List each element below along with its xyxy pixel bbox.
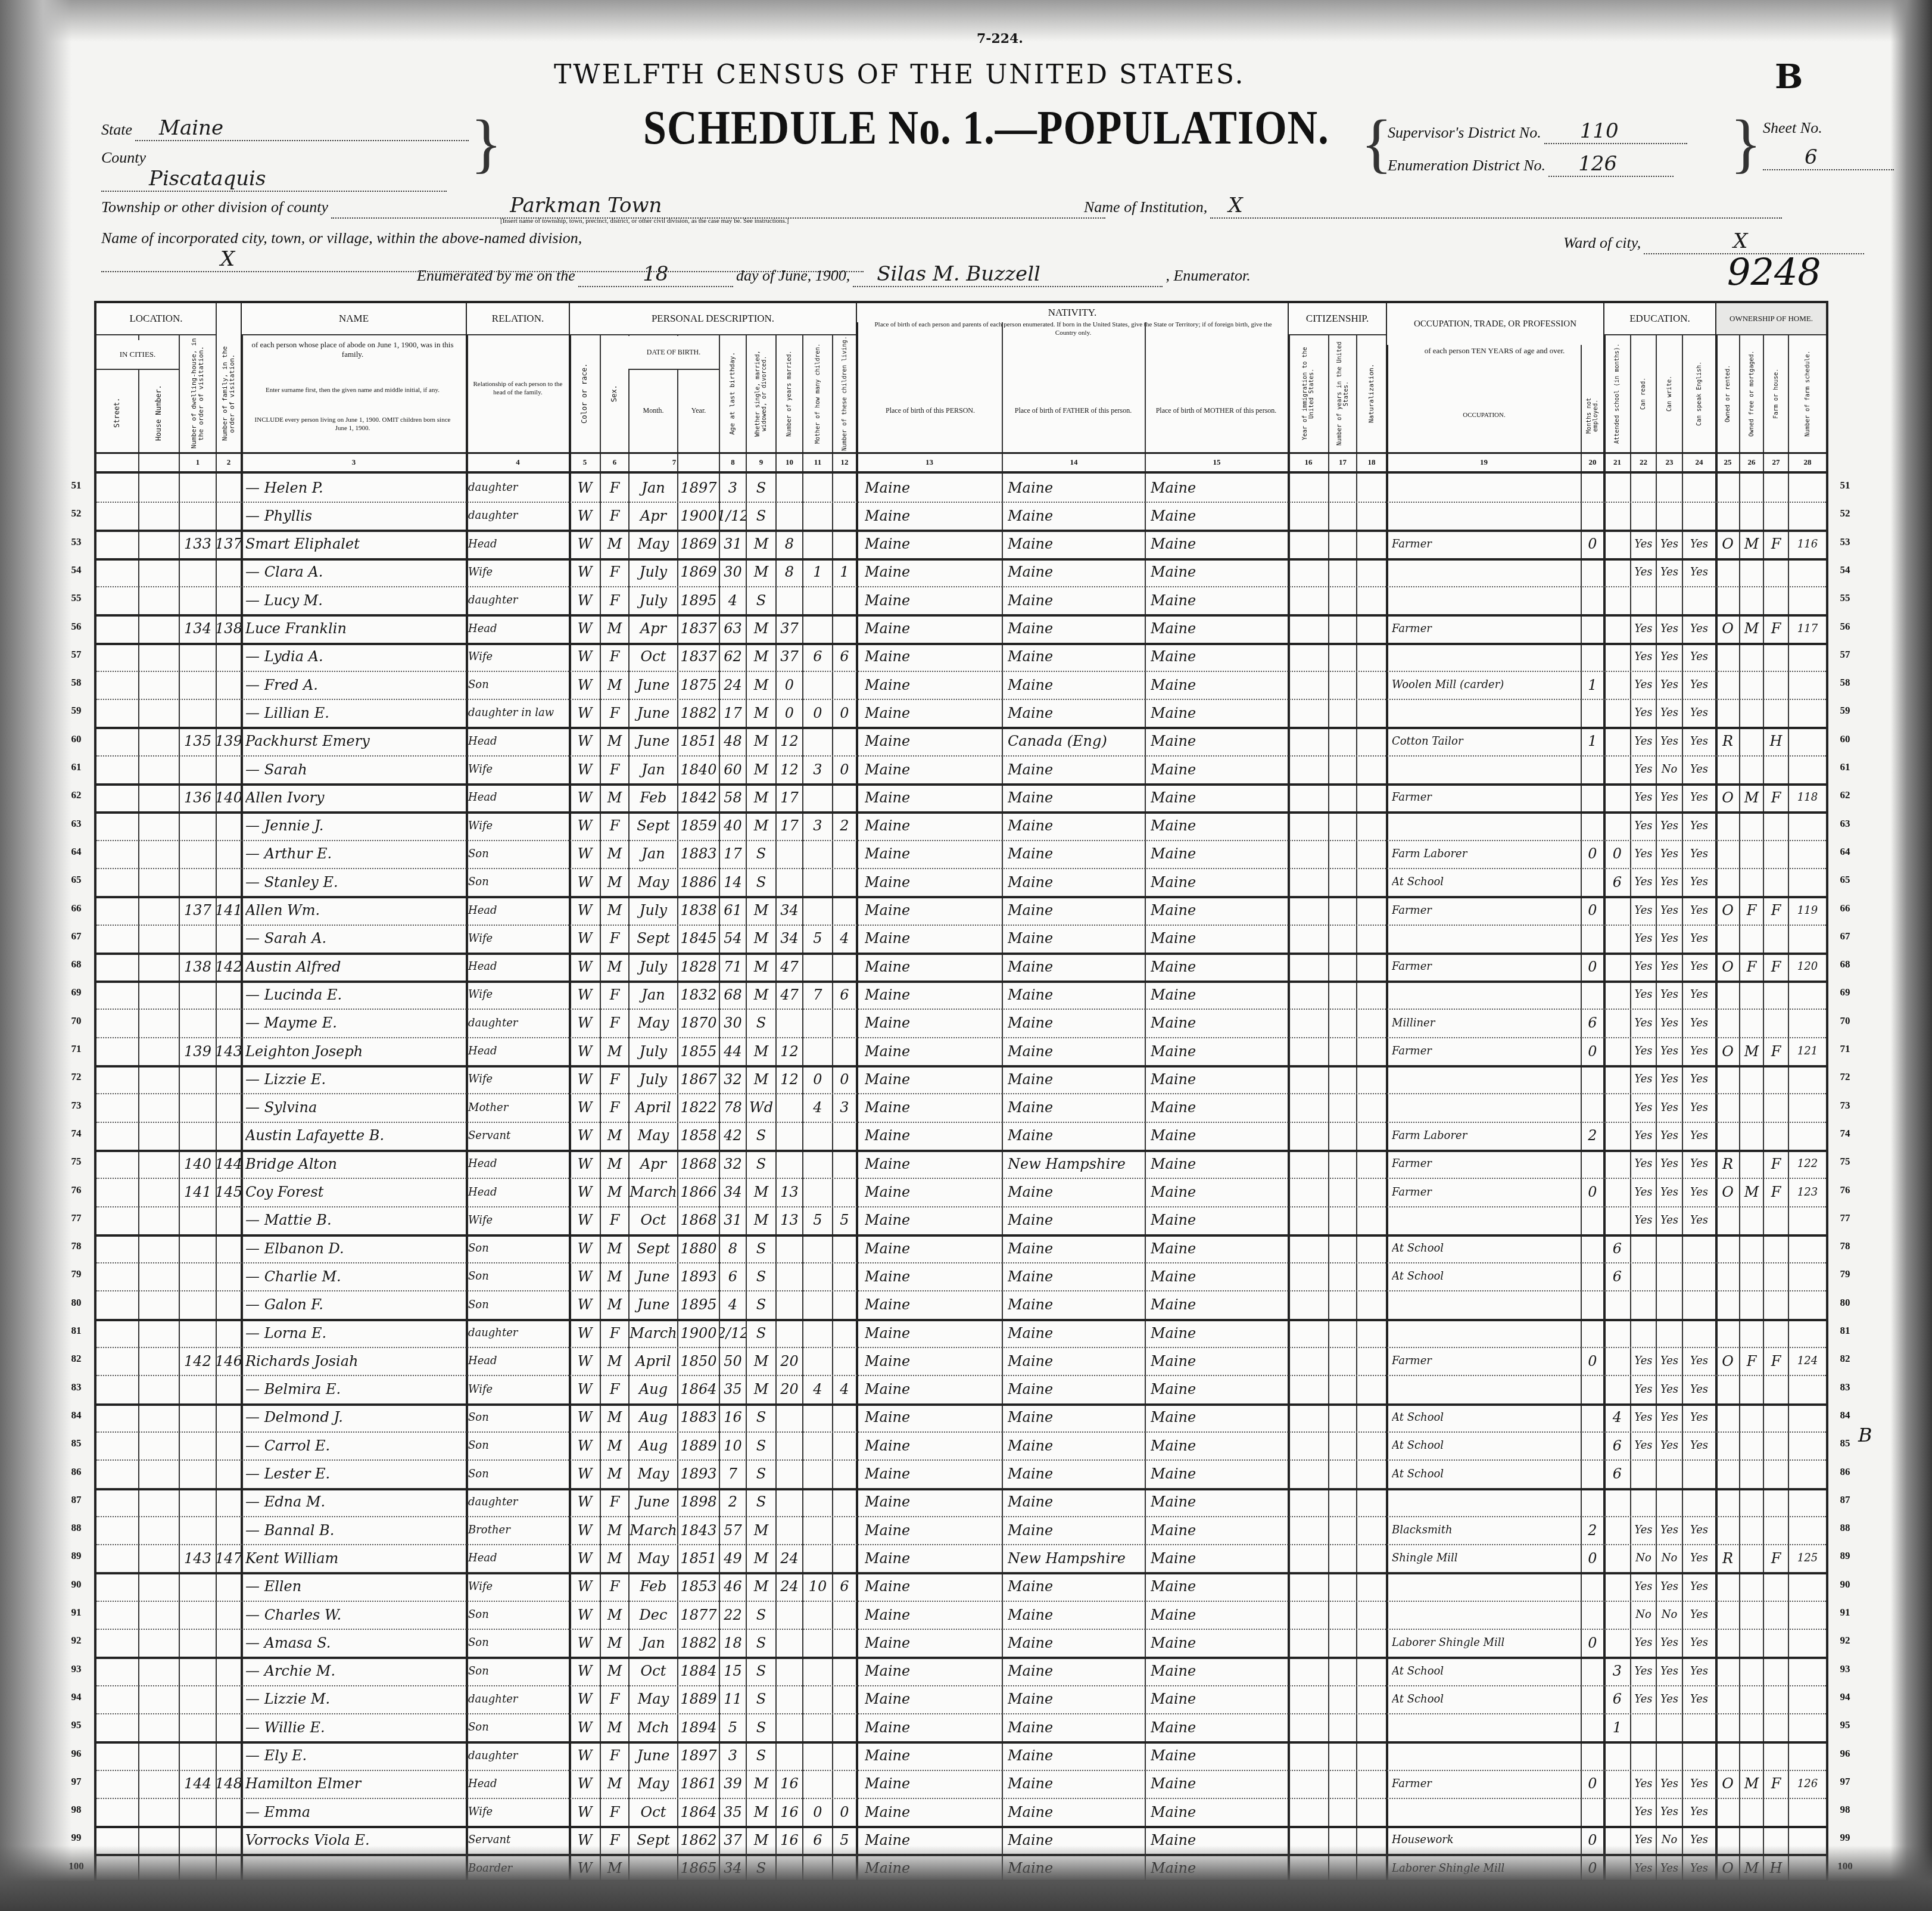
cell-mo — [803, 1544, 832, 1572]
cell-dw — [180, 755, 216, 783]
cell-cl — [833, 1657, 856, 1685]
cell-mo — [803, 1460, 832, 1488]
line-number-right: 90 — [1833, 1579, 1857, 1591]
cell-mar: M — [747, 812, 775, 840]
cell-month: March — [630, 1516, 677, 1544]
cell-name: — Sylvina — [245, 1094, 466, 1122]
cell-ym — [777, 1291, 802, 1319]
cell-bm: Maine — [1151, 643, 1288, 671]
cell-name: Austin Alfred — [245, 953, 466, 981]
cell-farm — [1764, 1798, 1788, 1826]
cell-eng: Yes — [1683, 1403, 1715, 1431]
cell-bf: Maine — [1008, 812, 1145, 840]
col-year: Year. — [678, 370, 719, 451]
cell-rel: daughter — [468, 1685, 569, 1713]
cell-bm: Maine — [1151, 671, 1288, 699]
line-number-right: 67 — [1833, 930, 1857, 942]
cell-ym: 20 — [777, 1375, 802, 1403]
line-number-left: 90 — [64, 1579, 88, 1591]
cell-own — [1716, 1460, 1739, 1488]
cell-name: — Arthur E. — [245, 840, 466, 868]
cell-year: 1842 — [678, 783, 719, 811]
cell-occ: At School — [1392, 1403, 1581, 1431]
cell-fam — [217, 1713, 241, 1741]
cell-farm — [1764, 1573, 1788, 1601]
line-number-right: 84 — [1833, 1409, 1857, 1421]
cell-age: 35 — [720, 1375, 746, 1403]
cell-read: Yes — [1631, 1094, 1656, 1122]
cell-write — [1657, 1460, 1682, 1488]
cell-rel: Head — [468, 953, 569, 981]
cell-write: Yes — [1657, 1403, 1682, 1431]
cell-dw — [180, 1713, 216, 1741]
table-row: 136140Allen IvoryHeadWMFeb184258M17Maine… — [96, 783, 1826, 814]
enumeration-value: 126 — [1548, 152, 1674, 177]
cell-bm: Maine — [1151, 1291, 1288, 1319]
col-children-living: Number of these children living. — [833, 336, 856, 451]
cell-fs — [1789, 1713, 1826, 1741]
cell-occ: At School — [1392, 1657, 1581, 1685]
cell-name: — Sarah — [245, 755, 466, 783]
cell-color: W — [570, 530, 600, 558]
cell-sex: M — [601, 1178, 628, 1206]
cell-mo: 5 — [803, 1206, 832, 1234]
table-row: — Fred A.SonWMJune187524M0MaineMaineMain… — [96, 671, 1826, 700]
cell-age: 32 — [720, 1150, 746, 1178]
cell-dw — [180, 1431, 216, 1459]
cell-bm: Maine — [1151, 1601, 1288, 1629]
cell-sch — [1604, 643, 1630, 671]
line-number-right: 68 — [1833, 958, 1857, 970]
cell-fs — [1789, 1291, 1826, 1319]
cell-dw — [180, 502, 216, 530]
cell-fam — [217, 671, 241, 699]
cell-color: W — [570, 1516, 600, 1544]
cell-write: Yes — [1657, 1206, 1682, 1234]
supervisor-label: Supervisor's District No. — [1388, 124, 1541, 141]
line-number-left: 81 — [64, 1325, 88, 1337]
cell-sch: 6 — [1604, 868, 1630, 896]
cell-eng: Yes — [1683, 755, 1715, 783]
cell-bf: Maine — [1008, 1460, 1145, 1488]
cell-age: 10 — [720, 1431, 746, 1459]
cell-fam: 137 — [217, 530, 241, 558]
cell-read: Yes — [1631, 1685, 1656, 1713]
cell-mo — [803, 897, 832, 925]
cell-bf: Maine — [1008, 1291, 1145, 1319]
cell-dw — [180, 1685, 216, 1713]
cell-bp: Maine — [865, 1460, 1002, 1488]
cell-eng — [1683, 586, 1715, 614]
cell-eng — [1683, 502, 1715, 530]
cell-mne: 0 — [1582, 1347, 1603, 1375]
colnum-11: 11 — [803, 454, 832, 471]
cell-sex: M — [601, 530, 628, 558]
cell-own — [1716, 1065, 1739, 1093]
col-farm-house: Farm or house. — [1764, 336, 1788, 451]
cell-eng — [1683, 1319, 1715, 1347]
cell-occ: Farmer — [1392, 897, 1581, 925]
cell-mne — [1582, 925, 1603, 953]
cell-farm — [1764, 1234, 1788, 1262]
cell-mar: M — [747, 953, 775, 981]
col-owned-rented: Owned or rented. — [1716, 336, 1739, 451]
cell-sch: 6 — [1604, 1234, 1630, 1262]
cell-year: 1889 — [678, 1431, 719, 1459]
cell-month: July — [630, 558, 677, 586]
cell-bm: Maine — [1151, 1713, 1288, 1741]
cell-ym — [777, 1234, 802, 1262]
cell-year: 1880 — [678, 1234, 719, 1262]
cell-year: 1866 — [678, 1178, 719, 1206]
cell-occ: Blacksmith — [1392, 1516, 1581, 1544]
cell-name: — Sarah A. — [245, 925, 466, 953]
cell-sex: M — [601, 897, 628, 925]
cell-year: 1868 — [678, 1150, 719, 1178]
cell-sch — [1604, 474, 1630, 502]
line-number-right: 51 — [1833, 480, 1857, 491]
cell-occ — [1392, 558, 1581, 586]
cell-fs — [1789, 812, 1826, 840]
cell-mar: M — [747, 981, 775, 1009]
cell-farm — [1764, 1657, 1788, 1685]
cell-cl — [833, 727, 856, 755]
cell-eng: Yes — [1683, 1375, 1715, 1403]
cell-bf: Canada (Eng) — [1008, 727, 1145, 755]
cell-mne — [1582, 1403, 1603, 1431]
cell-age: 1/12 — [720, 502, 746, 530]
cell-bm: Maine — [1151, 1094, 1288, 1122]
line-number-right: 57 — [1833, 649, 1857, 661]
cell-cl: 2 — [833, 812, 856, 840]
cell-write: Yes — [1657, 981, 1682, 1009]
cell-bp: Maine — [865, 1713, 1002, 1741]
cell-own — [1716, 1713, 1739, 1741]
cell-dw — [180, 1291, 216, 1319]
county-label: County — [101, 149, 146, 166]
cell-rel: Wife — [468, 925, 569, 953]
cell-mar: M — [747, 1573, 775, 1601]
cell-month: Jan — [630, 474, 677, 502]
cell-color: W — [570, 1544, 600, 1572]
cell-cl — [833, 1403, 856, 1431]
cell-bm: Maine — [1151, 1770, 1288, 1798]
cell-age: 15 — [720, 1657, 746, 1685]
cell-mar: S — [747, 1150, 775, 1178]
cell-month: Jan — [630, 981, 677, 1009]
cell-month: Oct — [630, 1657, 677, 1685]
cell-month: Apr — [630, 615, 677, 643]
cell-bm: Maine — [1151, 474, 1288, 502]
cell-color: W — [570, 1375, 600, 1403]
cell-eng: Yes — [1683, 1009, 1715, 1037]
cell-dw — [180, 1375, 216, 1403]
cell-color: W — [570, 1065, 600, 1093]
cell-rel: Head — [468, 1037, 569, 1065]
line-number-left: 71 — [64, 1043, 88, 1055]
cell-month: May — [630, 1122, 677, 1150]
colnum-12: 12 — [833, 454, 856, 471]
cell-age: 71 — [720, 953, 746, 981]
table-row: — Carrol E.SonWMAug188910SMaineMaineMain… — [96, 1431, 1826, 1461]
cell-bp: Maine — [865, 783, 1002, 811]
cell-fs — [1789, 1629, 1826, 1657]
cell-mar: S — [747, 1403, 775, 1431]
cell-ym: 8 — [777, 558, 802, 586]
cell-mort — [1740, 1234, 1763, 1262]
cell-farm — [1764, 671, 1788, 699]
table-row: 144148Hamilton ElmerHeadWMMay186139M16Ma… — [96, 1770, 1826, 1799]
cell-sex: F — [601, 1798, 628, 1826]
cell-write: Yes — [1657, 1770, 1682, 1798]
cell-bm: Maine — [1151, 699, 1288, 727]
cell-sex: F — [601, 1488, 628, 1516]
cell-occ: Farmer — [1392, 530, 1581, 558]
line-number-right: 62 — [1833, 789, 1857, 801]
cell-occ — [1392, 474, 1581, 502]
cell-eng — [1683, 1742, 1715, 1770]
cell-fam — [217, 699, 241, 727]
cell-bm: Maine — [1151, 1178, 1288, 1206]
cell-bf: Maine — [1008, 1347, 1145, 1375]
cell-name: — Willie E. — [245, 1713, 466, 1741]
line-number-right: 82 — [1833, 1353, 1857, 1365]
table-row: 137141Allen Wm.HeadWMJuly183861M34MaineM… — [96, 897, 1826, 926]
cell-dw — [180, 1573, 216, 1601]
cell-ym — [777, 1685, 802, 1713]
cell-bf: Maine — [1008, 981, 1145, 1009]
cell-bm: Maine — [1151, 586, 1288, 614]
line-number-right: 95 — [1833, 1719, 1857, 1731]
cell-own — [1716, 1375, 1739, 1403]
colnum-6: 6 — [601, 454, 628, 471]
cell-cl — [833, 1629, 856, 1657]
cell-mort — [1740, 981, 1763, 1009]
cell-mar: M — [747, 897, 775, 925]
cell-mne: 1 — [1582, 727, 1603, 755]
cell-color: W — [570, 643, 600, 671]
cell-sch — [1604, 1798, 1630, 1826]
cell-sch — [1604, 755, 1630, 783]
line-number-right: 58 — [1833, 677, 1857, 689]
cell-fam — [217, 1798, 241, 1826]
table-row: — Belmira E.WifeWFAug186435M2044MaineMai… — [96, 1375, 1826, 1406]
cell-mar: M — [747, 1347, 775, 1375]
cell-fs — [1789, 1262, 1826, 1290]
cell-bp: Maine — [865, 474, 1002, 502]
cell-fam — [217, 1431, 241, 1459]
cell-mo — [803, 1431, 832, 1459]
cell-occ: Farmer — [1392, 615, 1581, 643]
cell-bm: Maine — [1151, 1262, 1288, 1290]
cell-farm: F — [1764, 1178, 1788, 1206]
cell-name: — Charles W. — [245, 1601, 466, 1629]
cell-name: — Lucy M. — [245, 586, 466, 614]
cell-age: 32 — [720, 1065, 746, 1093]
cell-eng: Yes — [1683, 1206, 1715, 1234]
cell-write: Yes — [1657, 643, 1682, 671]
city-label: Name of incorporated city, town, or vill… — [101, 229, 582, 247]
cell-mne — [1582, 615, 1603, 643]
cell-mort — [1740, 1685, 1763, 1713]
cell-mar: S — [747, 1657, 775, 1685]
cell-rel: Head — [468, 1178, 569, 1206]
cell-cl — [833, 1150, 856, 1178]
cell-read: Yes — [1631, 783, 1656, 811]
cell-name: Coy Forest — [245, 1178, 466, 1206]
cell-mo — [803, 1657, 832, 1685]
cell-age: 34 — [720, 1178, 746, 1206]
enumerator-name: Silas M. Buzzell — [853, 262, 1163, 287]
line-number-right: 53 — [1833, 536, 1857, 548]
cell-ym — [777, 474, 802, 502]
cell-age: 4 — [720, 586, 746, 614]
cell-bm: Maine — [1151, 1122, 1288, 1150]
cell-bm: Maine — [1151, 1798, 1288, 1826]
cell-mne — [1582, 1065, 1603, 1093]
cell-cl — [833, 1488, 856, 1516]
enumeration-label: Enumeration District No. — [1388, 157, 1545, 174]
cell-mort — [1740, 1629, 1763, 1657]
line-number-left: 55 — [64, 592, 88, 604]
col-can-write: Can write. — [1657, 336, 1682, 451]
cell-name: — Fred A. — [245, 671, 466, 699]
cell-eng: Yes — [1683, 868, 1715, 896]
cell-color: W — [570, 1629, 600, 1657]
line-number-right: 54 — [1833, 564, 1857, 576]
cell-sex: M — [601, 840, 628, 868]
cell-sch — [1604, 1629, 1630, 1657]
cell-name: Smart Eliphalet — [245, 530, 466, 558]
cell-fam — [217, 586, 241, 614]
cell-age: 31 — [720, 1206, 746, 1234]
cell-year: 1883 — [678, 1403, 719, 1431]
cell-bp: Maine — [865, 671, 1002, 699]
table-row: — Lester E.SonWMMay18937SMaineMaineMaine… — [96, 1460, 1826, 1490]
cell-month: July — [630, 953, 677, 981]
cell-rel: Son — [468, 671, 569, 699]
cell-bf: Maine — [1008, 1742, 1145, 1770]
cell-fs — [1789, 1488, 1826, 1516]
cell-farm — [1764, 1206, 1788, 1234]
cell-dw: 143 — [180, 1544, 216, 1572]
cell-mort — [1740, 1319, 1763, 1347]
cell-read: Yes — [1631, 1206, 1656, 1234]
cell-bf: Maine — [1008, 1065, 1145, 1093]
cell-bm: Maine — [1151, 1573, 1288, 1601]
cell-year: 1838 — [678, 897, 719, 925]
cell-ym — [777, 1516, 802, 1544]
cell-sex: F — [601, 1375, 628, 1403]
cell-fs — [1789, 1009, 1826, 1037]
line-number-right: 96 — [1833, 1748, 1857, 1760]
line-number-right: 70 — [1833, 1015, 1857, 1027]
cell-bp: Maine — [865, 1262, 1002, 1290]
line-number-right: 77 — [1833, 1212, 1857, 1224]
cell-fs — [1789, 1657, 1826, 1685]
cell-year: 1867 — [678, 1065, 719, 1093]
cell-farm: F — [1764, 530, 1788, 558]
cell-bf: Maine — [1008, 1037, 1145, 1065]
cell-occ: Farmer — [1392, 1347, 1581, 1375]
line-number-left: 75 — [64, 1156, 88, 1168]
cell-ym: 47 — [777, 981, 802, 1009]
cell-fs — [1789, 1403, 1826, 1431]
margin-note: B — [1858, 1424, 1872, 1446]
cell-mort: M — [1740, 530, 1763, 558]
cell-ym — [777, 502, 802, 530]
cell-bf: Maine — [1008, 1319, 1145, 1347]
cell-eng: Yes — [1683, 840, 1715, 868]
line-number-left: 96 — [64, 1748, 88, 1760]
line-number-right: 81 — [1833, 1325, 1857, 1337]
cell-farm — [1764, 1516, 1788, 1544]
cell-fs: 123 — [1789, 1178, 1826, 1206]
cell-own — [1716, 925, 1739, 953]
cell-cl — [833, 615, 856, 643]
cell-rel: Head — [468, 1150, 569, 1178]
cell-farm — [1764, 1403, 1788, 1431]
cell-color: W — [570, 868, 600, 896]
col-years-married: Number of years married. — [777, 336, 802, 451]
cell-year: 1882 — [678, 1629, 719, 1657]
cell-mar: S — [747, 1713, 775, 1741]
cell-eng: Yes — [1683, 1544, 1715, 1572]
cell-bm: Maine — [1151, 1403, 1288, 1431]
cell-mar: S — [747, 1319, 775, 1347]
cell-bf: Maine — [1008, 1375, 1145, 1403]
cell-color: W — [570, 1657, 600, 1685]
cell-eng — [1683, 1262, 1715, 1290]
cell-read: Yes — [1631, 1629, 1656, 1657]
cell-fs — [1789, 925, 1826, 953]
cell-mort — [1740, 643, 1763, 671]
cell-bm: Maine — [1151, 1544, 1288, 1572]
cell-write: Yes — [1657, 1573, 1682, 1601]
cell-write: Yes — [1657, 1178, 1682, 1206]
cell-age: 30 — [720, 558, 746, 586]
line-number-right: 98 — [1833, 1804, 1857, 1816]
cell-color: W — [570, 586, 600, 614]
cell-color: W — [570, 925, 600, 953]
cell-fam — [217, 643, 241, 671]
col-dwelling: Number of dwelling-house, in the order o… — [180, 336, 216, 451]
cell-write: Yes — [1657, 1009, 1682, 1037]
col-street: Street. — [96, 375, 138, 451]
cell-sch — [1604, 1178, 1630, 1206]
cell-dw: 137 — [180, 897, 216, 925]
colnum-13: 13 — [857, 454, 1002, 471]
col-free-mortgaged: Owned free or mortgaged. — [1740, 336, 1763, 451]
cell-age: 3 — [720, 1742, 746, 1770]
cell-bm: Maine — [1151, 1347, 1288, 1375]
table-row: — Lorna E.daughterWFMarch19002/12SMaineM… — [96, 1319, 1826, 1348]
cell-mne — [1582, 1094, 1603, 1122]
table-row: — Stanley E.SonWMMay188614SMaineMaineMai… — [96, 868, 1826, 898]
cell-bp: Maine — [865, 1601, 1002, 1629]
cell-read: Yes — [1631, 925, 1656, 953]
cell-mne: 0 — [1582, 1770, 1603, 1798]
col-occupation: OCCUPATION. — [1389, 381, 1579, 451]
cell-mo — [803, 1037, 832, 1065]
cell-cl — [833, 1431, 856, 1459]
cell-ym — [777, 1122, 802, 1150]
cell-name: Allen Wm. — [245, 897, 466, 925]
cell-sex: M — [601, 1347, 628, 1375]
cell-write: Yes — [1657, 1657, 1682, 1685]
cell-eng — [1683, 474, 1715, 502]
cell-bp: Maine — [865, 1375, 1002, 1403]
